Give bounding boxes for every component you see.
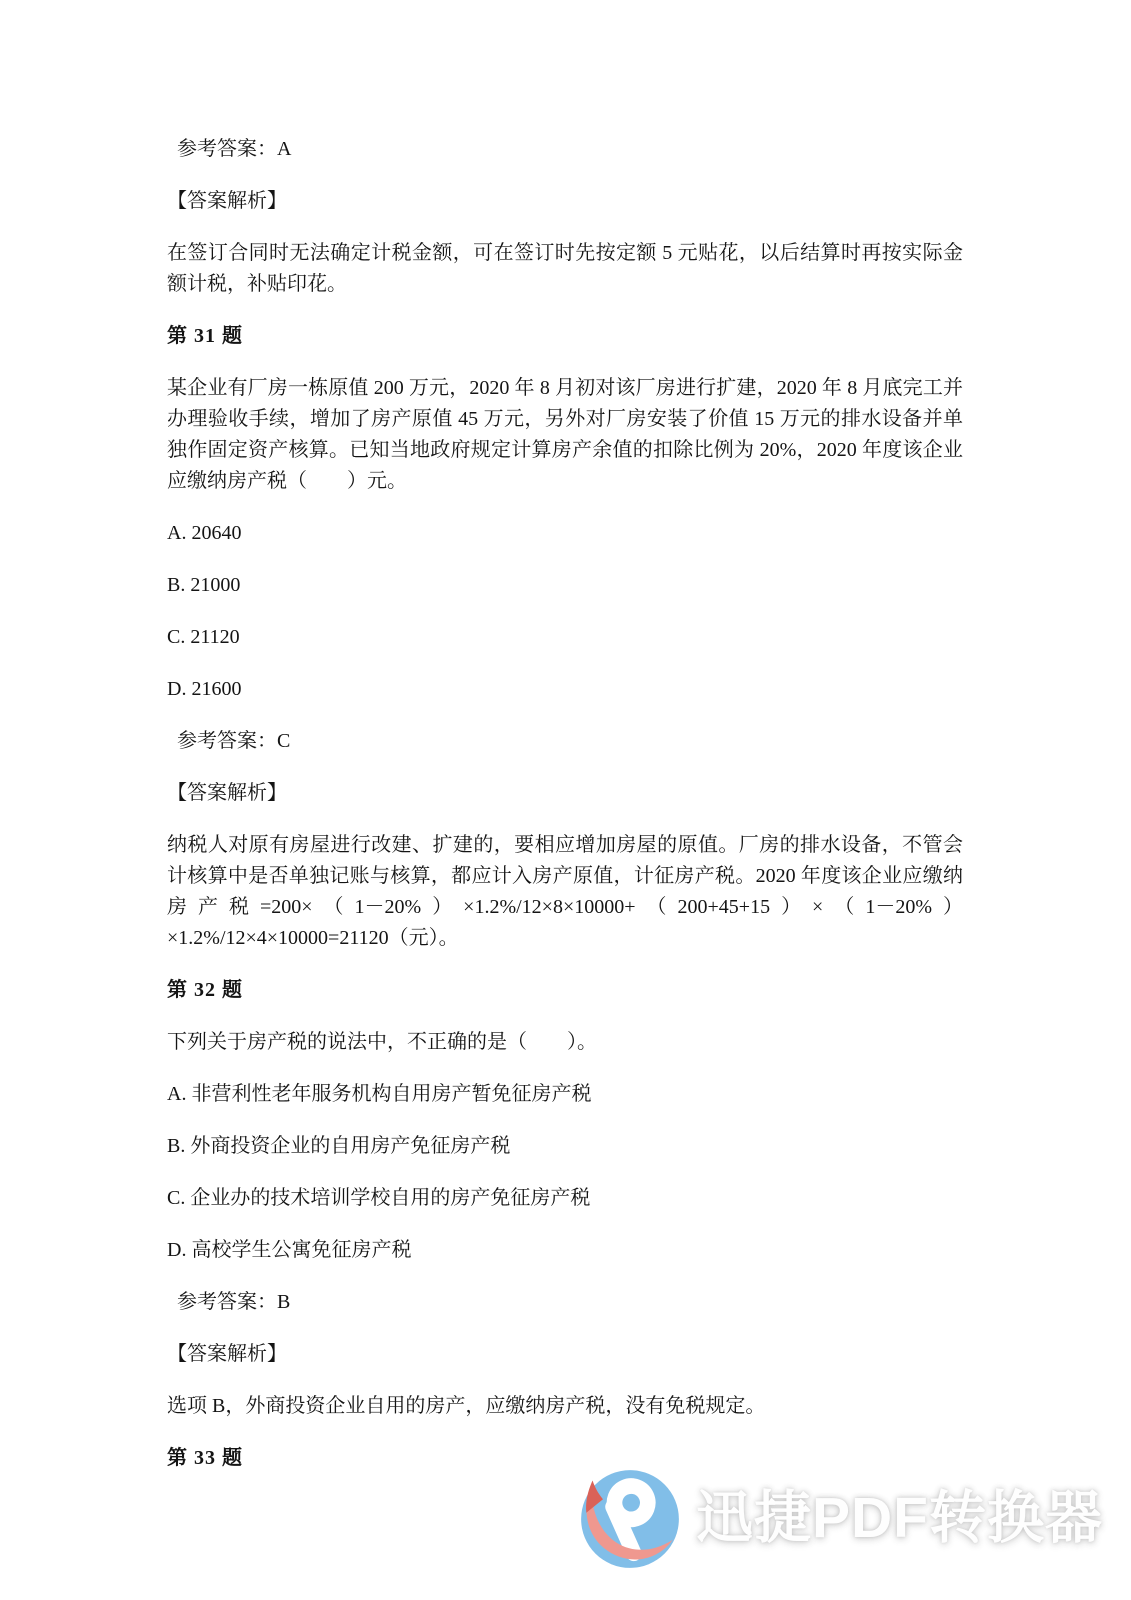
explanation-heading: 【答案解析】 [167,1339,963,1370]
question-31-option-b: B. 21000 [167,570,963,601]
reference-answer-value: A [277,138,291,160]
explanation-heading: 【答案解析】 [167,186,963,217]
question-31-stem: 某企业有厂房一栋原值 200 万元，2020 年 8 月初对该厂房进行扩建，20… [167,373,963,497]
question-31-option-d: D. 21600 [167,674,963,705]
question-31-option-a: A. 20640 [167,518,963,549]
explanation-text: 在签订合同时无法确定计税金额，可在签订时先按定额 5 元贴花，以后结算时再按实际… [167,238,963,300]
reference-answer-line: 参考答案：B [167,1287,963,1318]
question-32-stem: 下列关于房产税的说法中，不正确的是（ ）。 [167,1027,963,1058]
reference-answer-value: C [277,730,290,752]
reference-answer-value: B [277,1291,290,1313]
pdf-converter-logo-icon [578,1466,682,1570]
reference-answer-line: 参考答案：A [167,134,963,165]
document-page: 参考答案：A 【答案解析】 在签订合同时无法确定计税金额，可在签订时先按定额 5… [0,0,1131,1495]
question-32-option-b: B. 外商投资企业的自用房产免征房产税 [167,1131,963,1162]
question-31-heading: 第 31 题 [167,321,963,352]
question-32-option-a: A. 非营利性老年服务机构自用房产暂免征房产税 [167,1079,963,1110]
pdf-converter-watermark: 迅捷PDF转换器 [578,1466,1103,1570]
question-32-explanation: 选项 B，外商投资企业自用的房产，应缴纳房产税，没有免税规定。 [167,1391,963,1422]
explanation-heading: 【答案解析】 [167,778,963,809]
reference-answer-line: 参考答案：C [167,726,963,757]
question-32-option-c: C. 企业办的技术培训学校自用的房产免征房产税 [167,1183,963,1214]
reference-answer-label: 参考答案： [177,138,277,160]
question-32-heading: 第 32 题 [167,975,963,1006]
reference-answer-label: 参考答案： [177,730,277,752]
reference-answer-label: 参考答案： [177,1291,277,1313]
question-32-option-d: D. 高校学生公寓免征房产税 [167,1235,963,1266]
question-31-explanation: 纳税人对原有房屋进行改建、扩建的，要相应增加房屋的原值。厂房的排水设备，不管会计… [167,830,963,954]
watermark-text: 迅捷PDF转换器 [696,1490,1103,1547]
question-31-option-c: C. 21120 [167,622,963,653]
